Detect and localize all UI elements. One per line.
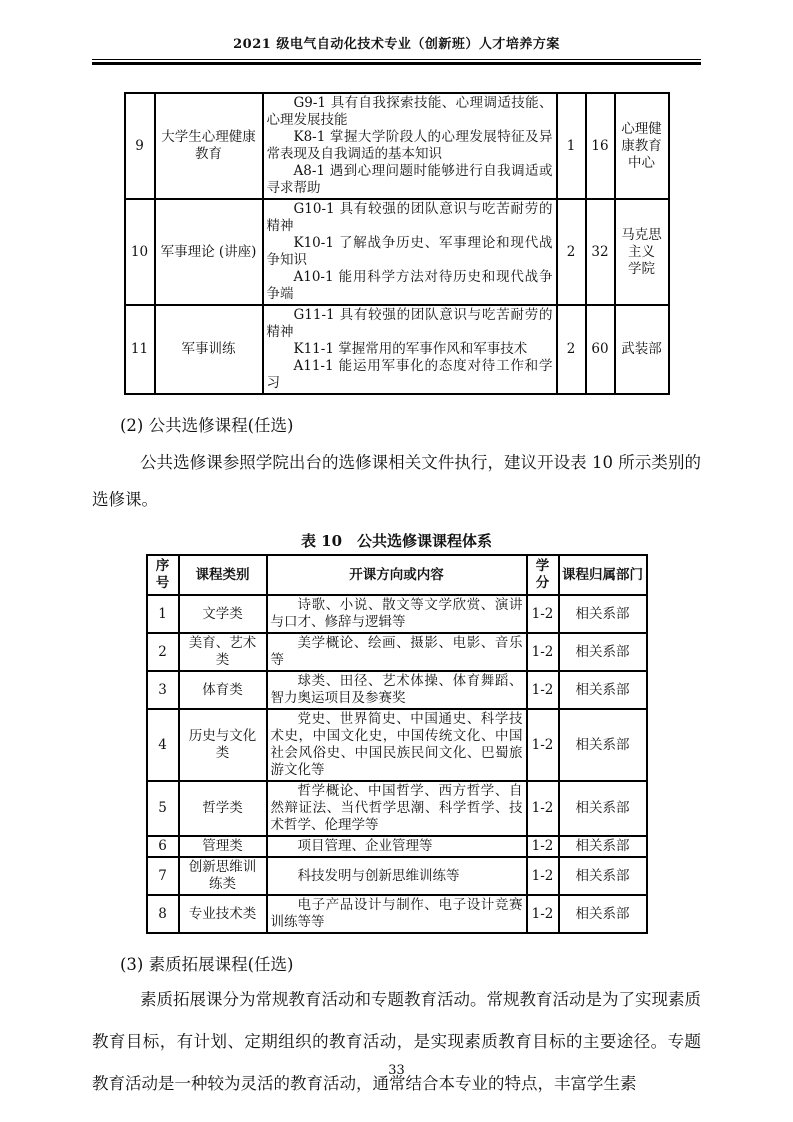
cell-content: 哲学概论、中国哲学、西方哲学、自然辩证法、当代哲学思潮、科学哲学、技术哲学、伦理… bbox=[267, 781, 527, 836]
cell-credits: 1-2 bbox=[527, 781, 559, 836]
cell-category: 文学类 bbox=[179, 595, 267, 633]
cell-category: 美育、艺术类 bbox=[179, 633, 267, 671]
page-content: 2021 级电气自动化技术专业（创新班）人才培养方案 9 大学生心理健康教育 G… bbox=[92, 0, 701, 1105]
header-rule bbox=[92, 59, 701, 65]
objective-item: A10-1 能用科学方法对待历史和现代战争争端 bbox=[267, 269, 553, 303]
content-text: 项目管理、企业管理等 bbox=[271, 838, 523, 855]
table-row: 11 军事训练 G11-1 具有较强的团队意识与吃苦耐劳的精神 K11-1 掌握… bbox=[125, 305, 669, 394]
cell-credits: 2 bbox=[557, 305, 586, 394]
cell-credits: 1-2 bbox=[527, 633, 559, 671]
selective-courses-table: 序号 课程类别 开课方向或内容 学分 课程归属部门 1 文学类 诗歌、小说、散文… bbox=[146, 554, 648, 934]
objective-item: G10-1 具有较强的团队意识与吃苦耐劳的精神 bbox=[267, 201, 553, 235]
cell-course-name: 军事训练 bbox=[155, 305, 263, 394]
table-row: 5 哲学类 哲学概论、中国哲学、西方哲学、自然辩证法、当代哲学思潮、科学哲学、技… bbox=[147, 781, 647, 836]
cell-department: 心理健康教育中心 bbox=[615, 93, 669, 199]
cell-content: 球类、田径、艺术体操、体育舞蹈、智力奥运项目及参赛奖 bbox=[267, 671, 527, 709]
header-credits: 学分 bbox=[527, 555, 559, 595]
required-courses-table: 9 大学生心理健康教育 G9-1 具有自我探索技能、心理调适技能、心理发展技能 … bbox=[124, 92, 670, 395]
table-row: 9 大学生心理健康教育 G9-1 具有自我探索技能、心理调适技能、心理发展技能 … bbox=[125, 93, 669, 199]
header-content: 开课方向或内容 bbox=[267, 555, 527, 595]
cell-content: 科技发明与创新思维训练等 bbox=[267, 857, 527, 895]
objective-item: K8-1 掌握大学阶段人的心理发展特征及异常表现及自我调适的基本知识 bbox=[267, 129, 553, 163]
cell-no: 8 bbox=[147, 895, 179, 933]
paragraph-selective-intro: 公共选修课参照学院出台的选修课相关文件执行，建议开设表 10 所示类别的选修课。 bbox=[92, 444, 701, 518]
table-row: 6 管理类 项目管理、企业管理等 1-2 相关系部 bbox=[147, 836, 647, 857]
cell-objectives: G9-1 具有自我探索技能、心理调适技能、心理发展技能 K8-1 掌握大学阶段人… bbox=[263, 93, 557, 199]
cell-department: 相关系部 bbox=[559, 895, 647, 933]
cell-category: 体育类 bbox=[179, 671, 267, 709]
table10-caption: 表 10 公共选修课课程体系 bbox=[92, 530, 701, 551]
cell-hours: 32 bbox=[586, 199, 615, 305]
content-text: 球类、田径、艺术体操、体育舞蹈、智力奥运项目及参赛奖 bbox=[271, 673, 523, 707]
cell-department: 相关系部 bbox=[559, 633, 647, 671]
content-text: 党史、世界简史、中国通史、科学技术史，中国文化史，中国传统文化、中国社会风俗史、… bbox=[271, 711, 523, 779]
cell-category: 专业技术类 bbox=[179, 895, 267, 933]
document-page: 2021 级电气自动化技术专业（创新班）人才培养方案 9 大学生心理健康教育 G… bbox=[0, 0, 793, 1122]
cell-no: 9 bbox=[125, 93, 155, 199]
cell-content: 项目管理、企业管理等 bbox=[267, 836, 527, 857]
cell-credits: 1-2 bbox=[527, 895, 559, 933]
objective-item: K10-1 了解战争历史、军事理论和现代战争知识 bbox=[267, 235, 553, 269]
objective-item: A11-1 能运用军事化的态度对待工作和学习 bbox=[267, 358, 553, 392]
cell-department: 相关系部 bbox=[559, 671, 647, 709]
objective-item: A8-1 遇到心理问题时能够进行自我调适或寻求帮助 bbox=[267, 163, 553, 197]
cell-credits: 2 bbox=[557, 199, 586, 305]
cell-no: 2 bbox=[147, 633, 179, 671]
cell-hours: 60 bbox=[586, 305, 615, 394]
cell-content: 诗歌、小说、散文等文学欣赏、演讲与口才、修辞与逻辑等 bbox=[267, 595, 527, 633]
content-text: 电子产品设计与制作、电子设计竞赛训练等等 bbox=[271, 897, 523, 931]
cell-credits: 1-2 bbox=[527, 857, 559, 895]
cell-credits: 1 bbox=[557, 93, 586, 199]
cell-category: 创新思维训练类 bbox=[179, 857, 267, 895]
objective-item: K11-1 掌握常用的军事作风和军事技术 bbox=[267, 341, 553, 358]
cell-content: 电子产品设计与制作、电子设计竞赛训练等等 bbox=[267, 895, 527, 933]
header-no: 序号 bbox=[147, 555, 179, 595]
content-text: 科技发明与创新思维训练等 bbox=[271, 868, 523, 885]
cell-course-name: 大学生心理健康教育 bbox=[155, 93, 263, 199]
cell-category: 历史与文化类 bbox=[179, 709, 267, 781]
header-category: 课程类别 bbox=[179, 555, 267, 595]
cell-no: 5 bbox=[147, 781, 179, 836]
cell-department: 相关系部 bbox=[559, 709, 647, 781]
cell-no: 7 bbox=[147, 857, 179, 895]
content-text: 哲学概论、中国哲学、西方哲学、自然辩证法、当代哲学思潮、科学哲学、技术哲学、伦理… bbox=[271, 783, 523, 834]
cell-credits: 1-2 bbox=[527, 671, 559, 709]
cell-credits: 1-2 bbox=[527, 595, 559, 633]
cell-department: 相关系部 bbox=[559, 781, 647, 836]
cell-no: 3 bbox=[147, 671, 179, 709]
cell-no: 10 bbox=[125, 199, 155, 305]
paragraph-quality-expansion: 素质拓展课分为常规教育活动和专题教育活动。常规教育活动是为了实现素质教育目标，有… bbox=[92, 979, 701, 1105]
cell-content: 美学概论、绘画、摄影、电影、音乐等 bbox=[267, 633, 527, 671]
cell-category: 管理类 bbox=[179, 836, 267, 857]
content-text: 诗歌、小说、散文等文学欣赏、演讲与口才、修辞与逻辑等 bbox=[271, 597, 523, 631]
objective-item: G11-1 具有较强的团队意识与吃苦耐劳的精神 bbox=[267, 307, 553, 341]
cell-department: 马克思 主义 学院 bbox=[615, 199, 669, 305]
cell-course-name: 军事理论 (讲座) bbox=[155, 199, 263, 305]
table-row: 3 体育类 球类、田径、艺术体操、体育舞蹈、智力奥运项目及参赛奖 1-2 相关系… bbox=[147, 671, 647, 709]
table-row: 1 文学类 诗歌、小说、散文等文学欣赏、演讲与口才、修辞与逻辑等 1-2 相关系… bbox=[147, 595, 647, 633]
cell-credits: 1-2 bbox=[527, 709, 559, 781]
content-text: 美学概论、绘画、摄影、电影、音乐等 bbox=[271, 635, 523, 669]
page-number: 33 bbox=[0, 1063, 793, 1078]
table-row: 4 历史与文化类 党史、世界简史、中国通史、科学技术史，中国文化史，中国传统文化… bbox=[147, 709, 647, 781]
table-row: 8 专业技术类 电子产品设计与制作、电子设计竞赛训练等等 1-2 相关系部 bbox=[147, 895, 647, 933]
objective-item: G9-1 具有自我探索技能、心理调适技能、心理发展技能 bbox=[267, 95, 553, 129]
table-row: 7 创新思维训练类 科技发明与创新思维训练等 1-2 相关系部 bbox=[147, 857, 647, 895]
cell-hours: 16 bbox=[586, 93, 615, 199]
cell-no: 6 bbox=[147, 836, 179, 857]
header-department: 课程归属部门 bbox=[559, 555, 647, 595]
section-heading-3: (3) 素质拓展课程(任选) bbox=[120, 951, 701, 975]
cell-department: 武装部 bbox=[615, 305, 669, 394]
cell-credits: 1-2 bbox=[527, 836, 559, 857]
section-heading-2: (2) 公共选修课程(任选) bbox=[120, 412, 701, 436]
cell-no: 11 bbox=[125, 305, 155, 394]
cell-department: 相关系部 bbox=[559, 595, 647, 633]
cell-content: 党史、世界简史、中国通史、科学技术史，中国文化史，中国传统文化、中国社会风俗史、… bbox=[267, 709, 527, 781]
cell-no: 1 bbox=[147, 595, 179, 633]
cell-category: 哲学类 bbox=[179, 781, 267, 836]
table-row: 10 军事理论 (讲座) G10-1 具有较强的团队意识与吃苦耐劳的精神 K10… bbox=[125, 199, 669, 305]
page-header-title: 2021 级电气自动化技术专业（创新班）人才培养方案 bbox=[92, 33, 701, 52]
table-row: 2 美育、艺术类 美学概论、绘画、摄影、电影、音乐等 1-2 相关系部 bbox=[147, 633, 647, 671]
cell-objectives: G10-1 具有较强的团队意识与吃苦耐劳的精神 K10-1 了解战争历史、军事理… bbox=[263, 199, 557, 305]
table-header-row: 序号 课程类别 开课方向或内容 学分 课程归属部门 bbox=[147, 555, 647, 595]
cell-no: 4 bbox=[147, 709, 179, 781]
cell-department: 相关系部 bbox=[559, 857, 647, 895]
cell-department: 相关系部 bbox=[559, 836, 647, 857]
cell-objectives: G11-1 具有较强的团队意识与吃苦耐劳的精神 K11-1 掌握常用的军事作风和… bbox=[263, 305, 557, 394]
